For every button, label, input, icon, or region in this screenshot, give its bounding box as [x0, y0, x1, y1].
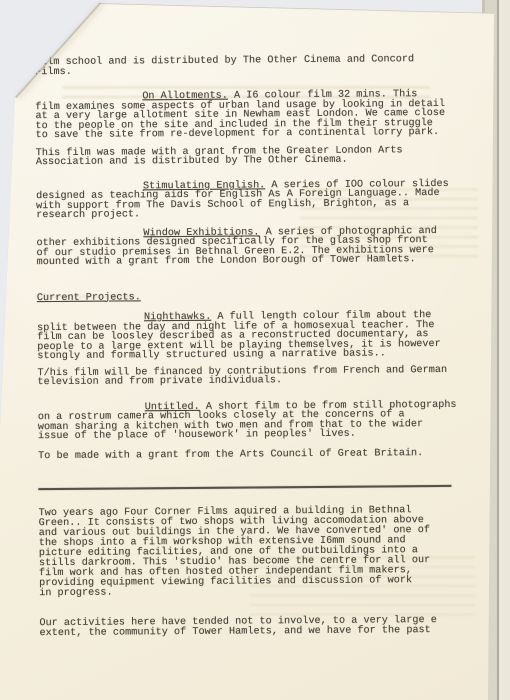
- typewritten-page: Film school and is distributed by The Ot…: [0, 0, 510, 700]
- text-line: in progress.: [39, 586, 479, 599]
- paragraph-stimulating-english: Stimulating English. A series of IOO col…: [36, 179, 476, 220]
- paragraph-window-exhibitions: Window Exhibitions. A series of photogra…: [36, 226, 476, 267]
- section-heading-current-projects: Current Projects.: [37, 290, 477, 303]
- text-line: issue of the place of 'housework' in peo…: [38, 429, 478, 442]
- paragraph-four-corner-building: Two years ago Four Corner Films aquired …: [39, 506, 480, 599]
- scan-background: Film school and is distributed by The Ot…: [0, 0, 510, 700]
- text-line: television and from private individuals.: [38, 375, 478, 388]
- paragraph-activities: Our activities here have tended not to i…: [39, 616, 479, 639]
- text-line: mounted with a grant from the London Bor…: [37, 255, 477, 268]
- paragraph-grant-glaa: This film was made with a grant from the…: [36, 145, 476, 167]
- paper-left-edge: [0, 97, 15, 427]
- typed-text-block: Film school and is distributed by The Ot…: [35, 55, 480, 639]
- text-line: to save the site from re-development for…: [36, 128, 476, 141]
- paragraph-arts-council: To be made with a grant from the Arts Co…: [38, 448, 478, 461]
- text-line: Current Projects.: [37, 290, 477, 303]
- text-line: To be made with a grant from the Arts Co…: [38, 448, 478, 461]
- text-line: Association and is distributed by The Ot…: [36, 155, 476, 168]
- paragraph-financing: T/his film will be financed by contribut…: [37, 365, 477, 387]
- typed-divider-line: [38, 485, 451, 490]
- paragraph-on-allotments: On Allotments. A I6 colour film 32 mins.…: [35, 90, 475, 141]
- text-line: extent, the community of Tower Hamlets, …: [39, 626, 479, 639]
- paragraph-nighthawks: Nighthawks. A full length colour film ab…: [37, 311, 477, 362]
- text-line: stongly and formally structured using a …: [37, 349, 477, 362]
- section-title: Current Projects.: [37, 292, 141, 304]
- paragraph-untitled: Untitled. A short film to be from still …: [38, 400, 478, 441]
- paper-top-edge: [99, 3, 495, 14]
- paragraph-continuation: Film school and is distributed by The Ot…: [35, 55, 475, 77]
